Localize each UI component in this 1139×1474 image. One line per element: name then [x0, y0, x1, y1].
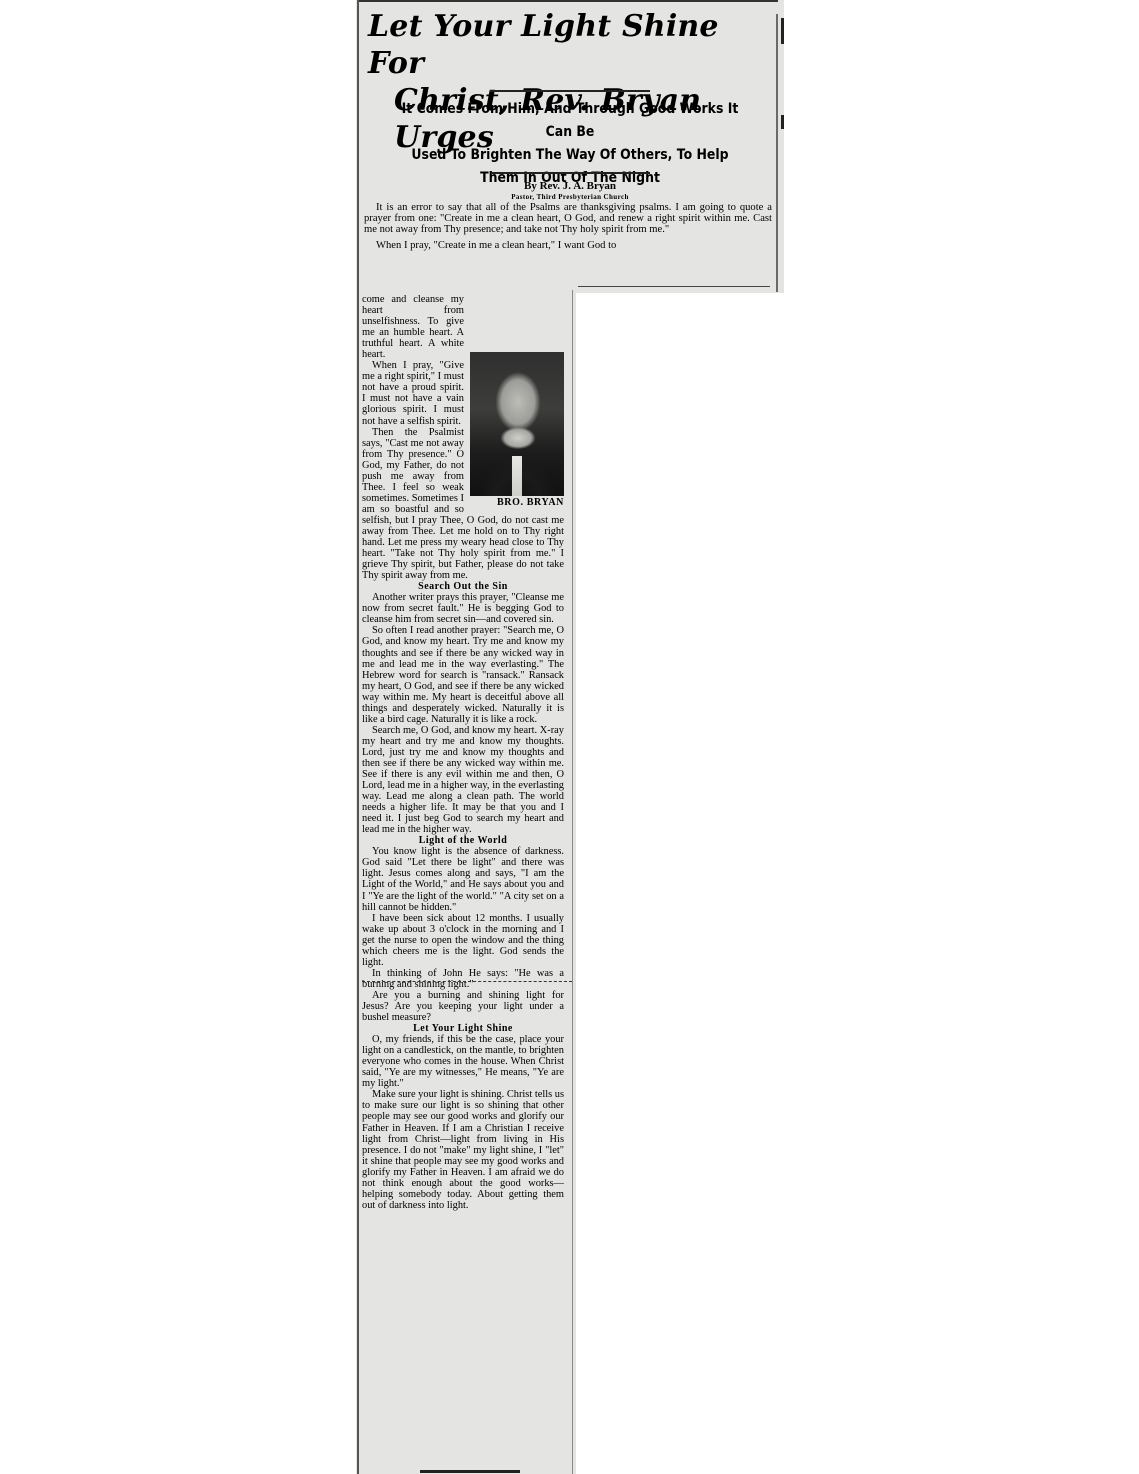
- top-border-rule: [358, 0, 778, 2]
- paragraph: You know light is the absence of darknes…: [362, 846, 564, 912]
- section-heading: Light of the World: [362, 835, 564, 846]
- paragraph: O, my friends, if this be the case, plac…: [362, 1034, 564, 1089]
- byline: By Rev. J. A. Bryan: [362, 180, 778, 193]
- section-rule: [578, 286, 770, 287]
- clipping-seam: [362, 981, 572, 982]
- deck-line: Used To Brighten The Way Of Others, To H…: [391, 144, 749, 167]
- section-heading: Search Out the Sin: [362, 581, 564, 592]
- adjacent-column-fragment: [781, 18, 784, 44]
- paragraph: Search me, O God, and know my heart. X-r…: [362, 725, 564, 835]
- paragraph: In thinking of John He says: "He was a b…: [362, 968, 564, 990]
- subheadline-deck: It Comes From Him, And Through Good Work…: [391, 98, 749, 190]
- headline-line-1: Let Your Light Shine For: [362, 8, 778, 82]
- author-photo: [470, 352, 564, 496]
- paragraph: So often I read another prayer: "Search …: [362, 625, 564, 724]
- paragraph: come and cleanse my heart from unselfish…: [362, 294, 564, 360]
- paragraph: It is an error to say that all of the Ps…: [364, 202, 772, 236]
- headline-divider: [490, 90, 650, 92]
- article-column: BRO. BRYAN come and cleanse my heart fro…: [362, 280, 564, 1211]
- byline-title: Pastor, Third Presbyterian Church: [362, 193, 778, 201]
- photo-caption: BRO. BRYAN: [470, 496, 564, 509]
- intro-text: It is an error to say that all of the Ps…: [364, 202, 772, 251]
- author-photo-block: BRO. BRYAN: [470, 352, 564, 509]
- left-column-rule: [357, 0, 359, 1474]
- adjacent-column-fragment: [781, 115, 784, 129]
- narrow-column-rule: [572, 290, 573, 1474]
- paragraph: Another writer prays this prayer, "Clean…: [362, 592, 564, 625]
- deck-line: It Comes From Him, And Through Good Work…: [391, 98, 749, 144]
- blank-area: [576, 293, 1139, 1474]
- end-rule: [420, 1470, 520, 1473]
- paragraph: Make sure your light is shining. Christ …: [362, 1089, 564, 1211]
- deck-divider: [492, 172, 650, 174]
- paragraph: Are you a burning and shining light for …: [362, 990, 564, 1023]
- section-heading: Let Your Light Shine: [362, 1023, 564, 1034]
- spacer: [362, 280, 564, 294]
- paragraph: When I pray, "Create in me a clean heart…: [364, 240, 772, 251]
- paragraph: I have been sick about 12 months. I usua…: [362, 913, 564, 968]
